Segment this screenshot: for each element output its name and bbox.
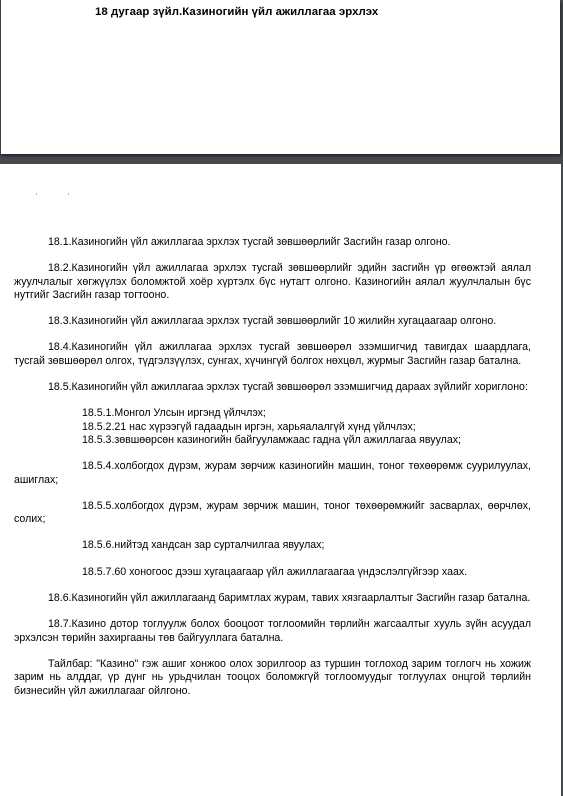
article-title: 18 дугаар зүйл.Казиногийн үйл ажиллагаа … bbox=[95, 6, 378, 18]
clause-18-5-2: 18.5.2.21 нас хүрээгүй гадаадын иргэн, х… bbox=[14, 421, 531, 434]
clause-18-6: 18.6.Казиногийн үйл ажиллагаанд баримтла… bbox=[14, 592, 531, 605]
clause-18-5-list: 18.5.1.Монгол Улсын иргэнд үйлчлэх; 18.5… bbox=[14, 407, 531, 447]
clause-18-7: 18.7.Казино дотор тоглуулж болох бооцоот… bbox=[14, 618, 531, 645]
explanatory-note: Тайлбар: "Казино" гэж ашиг хонжоо олох з… bbox=[14, 658, 531, 698]
clause-18-5-3: 18.5.3.зөвшөөрсөн казиногийн байгууламжа… bbox=[14, 434, 531, 447]
clause-18-5-7: 18.5.7.60 хоногоос дээш хугацаагаар үйл … bbox=[14, 566, 531, 579]
clause-18-5-4: 18.5.4.холбогдох дүрэм, журам зөрчиж каз… bbox=[14, 460, 531, 487]
article-body: 18.1.Казиногийн үйл ажиллагаа эрхлэх тус… bbox=[14, 236, 531, 711]
clause-18-2: 18.2.Казиногийн үйл ажиллагаа эрхлэх тус… bbox=[14, 262, 531, 302]
clause-18-5-6: 18.5.6.нийтэд хандсан зар сурталчилгаа я… bbox=[14, 539, 531, 552]
stray-mark: ' bbox=[68, 194, 69, 200]
document-page-2: ' ' 18.1.Казиногийн үйл ажиллагаа эрхлэх… bbox=[0, 164, 561, 796]
clause-18-4: 18.4.Казиногийн үйл ажиллагаа эрхлэх тус… bbox=[14, 341, 531, 368]
clause-18-5: 18.5.Казиногийн үйл ажиллагаа эрхлэх тус… bbox=[14, 381, 531, 394]
clause-18-5-5: 18.5.5.холбогдох дүрэм, журам зөрчиж маш… bbox=[14, 500, 531, 527]
document-page-1: 18 дугаар зүйл.Казиногийн үйл ажиллагаа … bbox=[0, 0, 560, 154]
clause-18-3: 18.3.Казиногийн үйл ажиллагаа эрхлэх тус… bbox=[14, 315, 531, 328]
clause-18-5-1: 18.5.1.Монгол Улсын иргэнд үйлчлэх; bbox=[14, 407, 531, 420]
stray-mark: ' bbox=[36, 194, 37, 200]
clause-18-1: 18.1.Казиногийн үйл ажиллагаа эрхлэх тус… bbox=[14, 236, 531, 249]
